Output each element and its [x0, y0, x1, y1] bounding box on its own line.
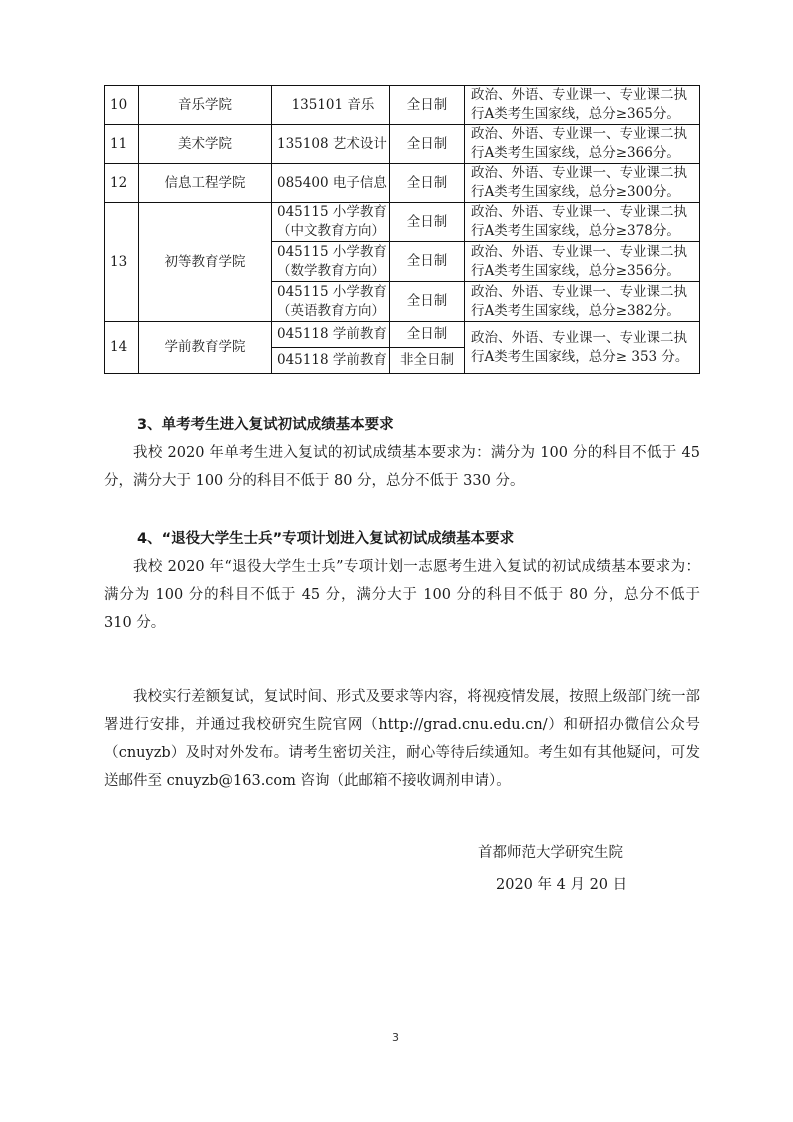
study-mode: 全日制: [390, 125, 465, 164]
row-index: 14: [105, 322, 139, 374]
table-row: 10 音乐学院 135101 音乐 全日制 政治、外语、专业课一、专业课二执行A…: [105, 86, 700, 125]
major-name: 135101 音乐: [272, 86, 390, 125]
study-mode: 全日制: [390, 86, 465, 125]
college-name: 初等教育学院: [139, 203, 272, 322]
score-requirements-table: 10 音乐学院 135101 音乐 全日制 政治、外语、专业课一、专业课二执行A…: [104, 85, 700, 374]
major-name: 045118 学前教育: [272, 322, 390, 348]
row-index: 12: [105, 164, 139, 203]
signature-org: 首都师范大学研究生院: [478, 841, 623, 862]
score-requirement: 政治、外语、专业课一、专业课二执行A类考生国家线，总分≥ 353 分。: [465, 322, 700, 374]
study-mode: 全日制: [390, 242, 465, 282]
major-name: 085400 电子信息: [272, 164, 390, 203]
document-page: 10 音乐学院 135101 音乐 全日制 政治、外语、专业课一、专业课二执行A…: [0, 0, 793, 1122]
study-mode: 全日制: [390, 282, 465, 322]
score-requirement: 政治、外语、专业课一、专业课二执行A类考生国家线，总分≥366分。: [465, 125, 700, 164]
table-row: 11 美术学院 135108 艺术设计 全日制 政治、外语、专业课一、专业课二执…: [105, 125, 700, 164]
score-requirement: 政治、外语、专业课一、专业课二执行A类考生国家线，总分≥382分。: [465, 282, 700, 322]
section-4-heading: 4、“退役大学生士兵”专项计划进入复试初试成绩基本要求: [137, 527, 514, 548]
college-name: 信息工程学院: [139, 164, 272, 203]
score-requirement: 政治、外语、专业课一、专业课二执行A类考生国家线，总分≥356分。: [465, 242, 700, 282]
notice-body: 我校实行差额复试，复试时间、形式及要求等内容，将视疫情发展，按照上级部门统一部署…: [104, 683, 700, 795]
study-mode: 非全日制: [390, 348, 465, 374]
study-mode: 全日制: [390, 164, 465, 203]
college-name: 美术学院: [139, 125, 272, 164]
section-3-body: 我校 2020 年单考生进入复试的初试成绩基本要求为：满分为 100 分的科目不…: [104, 439, 700, 495]
table-row: 12 信息工程学院 085400 电子信息 全日制 政治、外语、专业课一、专业课…: [105, 164, 700, 203]
study-mode: 全日制: [390, 203, 465, 242]
row-index: 13: [105, 203, 139, 322]
study-mode: 全日制: [390, 322, 465, 348]
table-row: 14 学前教育学院 045118 学前教育 全日制 政治、外语、专业课一、专业课…: [105, 322, 700, 348]
major-name: 135108 艺术设计: [272, 125, 390, 164]
score-requirement: 政治、外语、专业课一、专业课二执行A类考生国家线，总分≥365分。: [465, 86, 700, 125]
section-4-body: 我校 2020 年“退役大学生士兵”专项计划一志愿考生进入复试的初试成绩基本要求…: [104, 553, 700, 637]
signature-date: 2020 年 4 月 20 日: [496, 873, 627, 894]
major-name: 045115 小学教育（数学教育方向）: [272, 242, 390, 282]
page-number: 3: [392, 1031, 399, 1044]
major-name: 045115 小学教育（英语教育方向）: [272, 282, 390, 322]
row-index: 10: [105, 86, 139, 125]
college-name: 音乐学院: [139, 86, 272, 125]
table-row: 13 初等教育学院 045115 小学教育（中文教育方向） 全日制 政治、外语、…: [105, 203, 700, 242]
notice-paragraph: 我校实行差额复试，复试时间、形式及要求等内容，将视疫情发展，按照上级部门统一部署…: [104, 683, 700, 795]
major-name: 045115 小学教育（中文教育方向）: [272, 203, 390, 242]
college-name: 学前教育学院: [139, 322, 272, 374]
section-3-paragraph: 我校 2020 年单考生进入复试的初试成绩基本要求为：满分为 100 分的科目不…: [104, 439, 700, 495]
row-index: 11: [105, 125, 139, 164]
score-requirement: 政治、外语、专业课一、专业课二执行A类考生国家线，总分≥378分。: [465, 203, 700, 242]
section-4-paragraph: 我校 2020 年“退役大学生士兵”专项计划一志愿考生进入复试的初试成绩基本要求…: [104, 553, 700, 637]
score-requirement: 政治、外语、专业课一、专业课二执行A类考生国家线，总分≥300分。: [465, 164, 700, 203]
section-3-heading: 3、单考考生进入复试初试成绩基本要求: [137, 413, 394, 434]
major-name: 045118 学前教育: [272, 348, 390, 374]
